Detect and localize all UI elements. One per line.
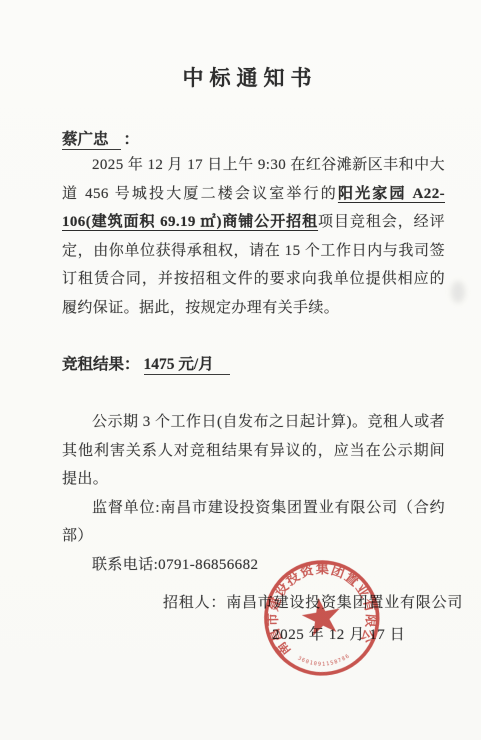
body-paragraph-1: 2025 年 12 月 17 日上午 9:30 在红谷滩新区丰和中大道 456 … bbox=[62, 151, 445, 323]
seal-star bbox=[299, 595, 343, 638]
bid-result-label: 竞租结果： bbox=[62, 356, 140, 373]
bid-result-line: 竞租结果：1475 元/月 bbox=[62, 352, 230, 374]
addressee-colon: ： bbox=[124, 131, 140, 148]
bid-result-value: 1475 元/月 bbox=[144, 356, 230, 375]
scanned-notice-page: 中标通知书 蔡广忠： 2025 年 12 月 17 日上午 9:30 在红谷滩新… bbox=[0, 0, 481, 740]
public-notice-paragraph: 公示期 3 个工作日(自发布之日起计算)。竞租人或者其他利害关系人对竞租结果有异… bbox=[62, 408, 445, 494]
addressee-name: 蔡广忠 bbox=[62, 131, 121, 150]
supervisor-line: 监督单位:南昌市建设投资集团置业有限公司（合约部） bbox=[62, 494, 445, 551]
company-seal: 南昌市建设投资集团置业有限公司 3601091158786 bbox=[246, 546, 398, 691]
addressee-line: 蔡广忠： bbox=[62, 127, 139, 149]
notice-title: 中标通知书 bbox=[20, 62, 480, 92]
scan-smudge-artifact bbox=[451, 281, 465, 303]
public-notice-block: 公示期 3 个工作日(自发布之日起计算)。竞租人或者其他利害关系人对竞租结果有异… bbox=[62, 408, 445, 580]
